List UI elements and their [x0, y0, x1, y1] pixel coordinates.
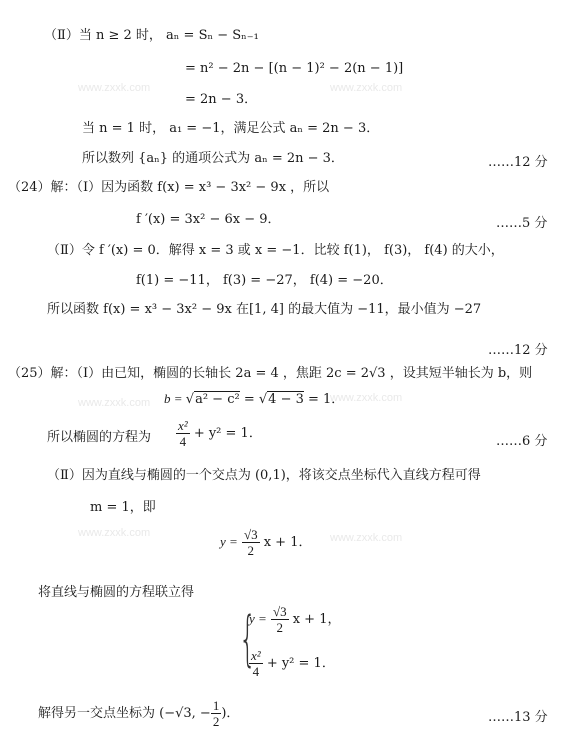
p25-part1-line2: b = √a² − c² = √4 − 3 = 1． [164, 391, 344, 408]
system-eq1-num: √3 [271, 604, 289, 620]
system-eq1: y = √32 x + 1， [249, 604, 340, 635]
score-6: ……6 分 [496, 430, 547, 449]
system-eq2-rest: + y² = 1． [267, 656, 335, 671]
watermark: www.zxxk.com [330, 82, 402, 94]
p23-part2-line4: 当 n = 1 时， a₁ = −1，满足公式 aₙ = 2n − 3． [82, 121, 379, 137]
watermark: www.zxxk.com [78, 82, 150, 94]
ellipse-den: 4 [176, 434, 190, 449]
watermark: www.zxxk.com [78, 397, 150, 409]
p24-part1-line1: （24）解：（Ⅰ）因为函数 f(x) = x³ − 3x² − 9x ，所以 [8, 180, 329, 196]
system-eq2-den: 4 [249, 664, 263, 679]
equals: = [240, 392, 259, 407]
p24-part1-line2: f ′(x) = 3x² − 6x − 9． [136, 212, 281, 228]
result-line: 解得另一交点坐标为 (−√3, −12)． [38, 698, 239, 729]
result-end: )． [221, 706, 239, 721]
p23-part2-line2: = n² − 2n − [(n − 1)² − 2(n − 1)] [185, 61, 403, 77]
ellipse-rest: + y² = 1． [194, 426, 262, 441]
system-eq1-den: 2 [271, 620, 289, 635]
line-eq-num: √3 [242, 527, 260, 543]
score-13: ……13 分 [488, 706, 548, 725]
system-intro: 将直线与椭圆的方程联立得 [38, 585, 194, 601]
p25-part1-line1: （25）解：（Ⅰ）由已知，椭圆的长轴长 2a = 4 ，焦距 2c = 2√3 … [8, 366, 532, 382]
watermark: www.zxxk.com [78, 527, 150, 539]
line-eq-den: 2 [242, 543, 260, 558]
score-5: ……5 分 [496, 212, 547, 231]
p25-part2-line1: （Ⅱ）因为直线与椭圆的一个交点为 (0,1)，将该交点坐标代入直线方程可得 [47, 468, 481, 484]
result-text: 解得另一交点坐标为 (−√3, − [38, 706, 211, 721]
system-eq2-num: x² [249, 648, 263, 664]
radicand-1: a² − c² [194, 391, 240, 407]
score-12: ……12 分 [488, 151, 548, 170]
system-eq2: x²4 + y² = 1． [249, 648, 335, 679]
watermark: www.zxxk.com [330, 532, 402, 544]
score-12-b: ……12 分 [488, 339, 548, 358]
radicand-2: 4 − 3 [267, 391, 304, 407]
result-den: 2 [211, 714, 222, 729]
p25-part1-line3: 所以椭圆的方程为 [47, 430, 151, 446]
system-eq1-rest: x + 1， [293, 612, 341, 627]
result-num: 1 [211, 698, 222, 714]
p23-part2-line1: （Ⅱ）当 n ≥ 2 时， aₙ = Sₙ − Sₙ₋₁ [44, 28, 259, 44]
line-eq-lhs: y = [220, 534, 238, 549]
p23-part2-line3: = 2n − 3． [185, 92, 257, 108]
line-equation: y = √32 x + 1． [220, 527, 311, 558]
p24-part2-line3: 所以函数 f(x) = x³ − 3x² − 9x 在[1, 4] 的最大值为 … [47, 302, 481, 318]
system-eq1-lhs: y = [249, 611, 267, 626]
p24-part2-line2: f(1) = −11， f(3) = −27， f(4) = −20． [136, 273, 393, 289]
p23-part2-line5: 所以数列 {aₙ} 的通项公式为 aₙ = 2n − 3． [82, 151, 344, 167]
ellipse-equation: x²4 + y² = 1． [176, 418, 262, 449]
p24-part2-line1: （Ⅱ）令 f ′(x) = 0．解得 x = 3 或 x = −1．比较 f(1… [47, 243, 504, 259]
result: = 1． [304, 392, 344, 407]
p25-part2-line2: m = 1，即 [90, 500, 156, 516]
line-eq-rest: x + 1． [264, 535, 312, 550]
b-lhs: b = [164, 391, 186, 406]
ellipse-num: x² [176, 418, 190, 434]
